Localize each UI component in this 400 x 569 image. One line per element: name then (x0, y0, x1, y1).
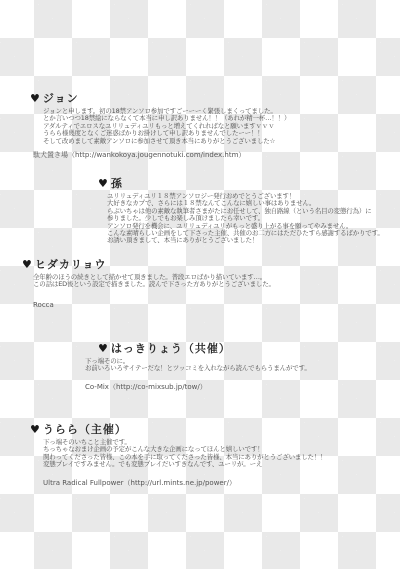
site-name-text: Rocca (33, 301, 275, 309)
heart-icon: ♥ (98, 177, 109, 190)
section-hakki-ryou: ♥はっきりょう（共催） 下っ端そのに。 お前いろいろサイテーだな！とツッコミを入… (85, 343, 311, 392)
site-url-text: Co-Mix（http://co-mixsub.jp/tow/） (85, 382, 311, 392)
heart-icon: ♥ (30, 92, 41, 105)
credit-line: 変態プレイですみません。でも変態プレイだいすきなんです、ユーリが。ーえ (43, 461, 326, 468)
section-header: ♥はっきりょう（共催） (98, 343, 311, 355)
section-body: ジョンと申します。初の18禁アンソロ参加ですごーーーく緊張しまくってました。 と… (43, 108, 290, 145)
section-header: ♥ジョン (30, 93, 290, 105)
section-urara: ♥うらら（主催） 下っ端そのいちこと主催です。 ちっちゃなおまけ企画の予定がこん… (30, 424, 326, 488)
section-body: ユリリュディユリ１８禁アンソロジー発行おめでとうございます！ 大好きなカプで、さ… (107, 193, 384, 245)
heart-icon: ♥ (22, 258, 33, 271)
section-jon: ♥ジョン ジョンと申します。初の18禁アンソロ参加ですごーーーく緊張しまくってま… (30, 93, 290, 160)
author-name: はっきりょう（共催） (111, 342, 231, 355)
heart-icon: ♥ (30, 423, 41, 436)
site-url-text: Ultra Radical Fullpower（http://url.mints… (43, 478, 326, 488)
credit-line: お誘い頂きまして、本当にありがとうございました！ (107, 237, 384, 244)
section-body: 下っ端そのに。 お前いろいろサイテーだな！とツッコミを入れながら読んでもらうまん… (85, 358, 311, 373)
section-hidaka-ryou: ♥ヒダカリョウ 全年齢のほうの続きとして描かせて頂きました。普段エロばかり描いて… (22, 259, 275, 309)
author-name: うらら（主催） (43, 423, 127, 436)
section-header: ♥孫 (98, 178, 384, 190)
credit-line: そして改めまして素敵アンソロに参加させて頂き本当にありがとうございました☆ (43, 138, 290, 145)
section-header: ♥ヒダカリョウ (22, 259, 275, 271)
author-name: ジョン (43, 92, 79, 105)
author-name: ヒダカリョウ (35, 258, 107, 271)
section-header: ♥うらら（主催） (30, 424, 326, 436)
scanned-credits-page: ♥ジョン ジョンと申します。初の18禁アンソロ参加ですごーーーく緊張しまくってま… (0, 0, 400, 569)
credit-line: お前いろいろサイテーだな！とツッコミを入れながら読んでもらうまんがです。 (85, 365, 311, 372)
section-body: 全年齢のほうの続きとして描かせて頂きました。普段エロばかり描いています…。 この… (33, 274, 275, 289)
author-name: 孫 (111, 177, 123, 190)
section-body: 下っ端そのいちこと主催です。 ちっちゃなおまけ企画の予定がこんな大きな企画になっ… (43, 439, 326, 469)
section-mago: ♥孫 ユリリュディユリ１８禁アンソロジー発行おめでとうございます！ 大好きなカプ… (98, 178, 384, 245)
site-url-text: 駄犬置き場（http://wankokoya.jougennotuki.com/… (33, 150, 290, 160)
credit-line: この話はED後という設定で描きました。読んで下さった方ありがとうございました。 (33, 281, 275, 288)
heart-icon: ♥ (98, 342, 109, 355)
